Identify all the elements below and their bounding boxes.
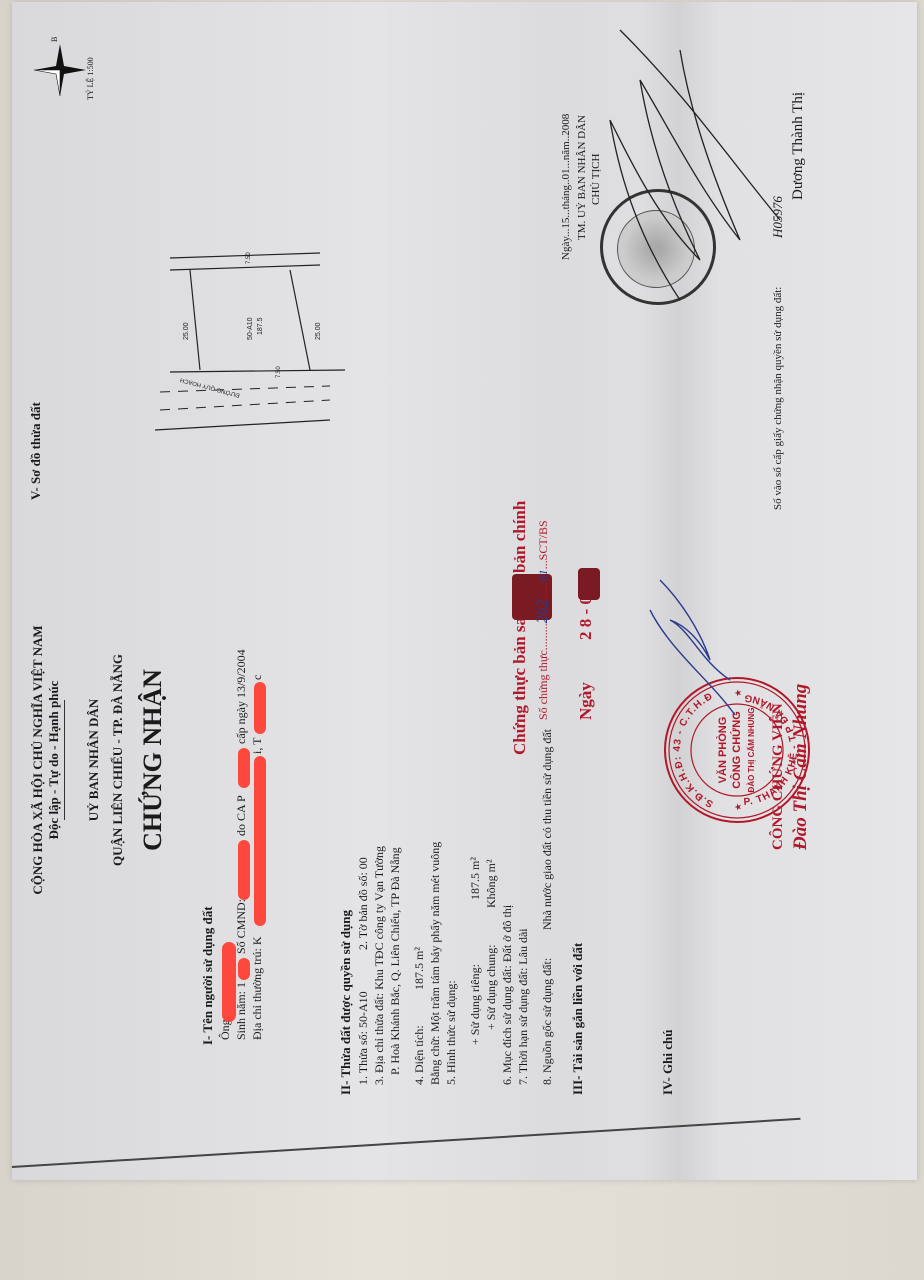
certification-suffix: bản chính: [510, 501, 529, 573]
land-use-purpose: 6. Mục đích sử dụng đất: Đất ở đô thị: [500, 905, 515, 1085]
certification-line: Chứng thực bản sabản chính: [510, 501, 530, 755]
section-5-heading: V- Sơ đồ thửa đất: [28, 402, 44, 500]
shared-use-value: Không m²: [484, 859, 499, 908]
area-value: 187.5 m²: [412, 947, 427, 990]
redacted-address: [254, 756, 266, 926]
certification-number-label: Số chứng thực: [536, 650, 550, 720]
svg-text:VĂN PHÒNG: VĂN PHÒNG: [716, 717, 729, 784]
parcel-address-line2: P. Hoà Khánh Bắc, Q. Liên Chiểu, TP Đà N…: [388, 847, 403, 1075]
use-form-label: 5. Hình thức sử dụng:: [444, 980, 459, 1085]
section-2-heading: II- Thửa đất được quyền sử dụng: [338, 910, 354, 1095]
redacted-birth-year: [238, 958, 250, 980]
document-title: CHỨNG NHẬN: [138, 560, 168, 960]
address-label: Địa chỉ thường trú: K: [250, 937, 265, 1041]
parcel-address-line1: 3. Địa chỉ thửa đất: Khu TĐC công ty Vạn…: [372, 846, 387, 1085]
authority-name: UỶ BAN NHÂN DÂN: [86, 560, 102, 960]
notary-name: Đào Thị Cẩm Nhung: [790, 684, 812, 850]
shared-use-label: + Sử dụng chung:: [484, 944, 499, 1030]
svg-text:50-A10: 50-A10: [247, 317, 254, 340]
land-origin-value: Nhà nước giao đất có thu tiền sử dụng đấ…: [540, 729, 555, 930]
registry-label: Số vào sổ cấp giấy chứng nhận quyền sử d…: [772, 287, 784, 510]
svg-text:25.00: 25.00: [315, 322, 322, 340]
motto-underline: [64, 700, 65, 820]
redacted-address-end: [254, 682, 266, 734]
rotated-document: CỘNG HÒA XÃ HỘI CHỦ NGHĨA VIỆT NAM Độc l…: [0, 0, 924, 1280]
district-name: QUẬN LIÊN CHIỂU - TP. ĐÀ NẴNG: [110, 560, 126, 960]
id-number-label: Số CMND:: [234, 899, 249, 954]
parcel-plan-diagram: 50-A10 187.5 25.00 25.00 ĐƯỜNG QUY HOẠCH…: [130, 190, 400, 490]
section-3-heading: III- Tài sản gắn liền với đất: [570, 943, 586, 1095]
address-end: c: [250, 675, 265, 680]
north-arrow-icon: [30, 40, 90, 100]
parcel-number: 1. Thửa số: 50-A10: [356, 991, 371, 1085]
certification-book: SCT/BS: [536, 520, 550, 560]
svg-text:187.5: 187.5: [257, 317, 264, 335]
svg-text:7.50: 7.50: [276, 366, 282, 378]
chairman-signature: [600, 20, 800, 320]
address-tail: i, T: [250, 738, 265, 754]
svg-text:CÔNG CHỨNG: CÔNG CHỨNG: [730, 711, 743, 789]
map-sheet-number: 2. Tờ bản đồ số: 00: [356, 857, 371, 950]
section-1-heading: I- Tên người sử dụng đất: [200, 906, 216, 1045]
redacted-id-number: [238, 840, 250, 900]
notary-title: CÔNG CHỨNG VIÊN: [770, 703, 787, 850]
private-use-value: 187.5 m²: [468, 857, 483, 900]
svg-text:25.00: 25.00: [183, 322, 190, 340]
notary-signature: [640, 570, 750, 720]
certification-number-value: 262: [534, 599, 551, 623]
redacted-certification-date: [578, 568, 600, 600]
land-origin-label: 8. Nguồn gốc sử dụng đất:: [540, 958, 555, 1085]
certification-number-line: Số chứng thực.........262......01...SCT/…: [534, 520, 552, 720]
national-motto: Độc lập - Tự do - Hạnh phúc: [46, 560, 62, 960]
svg-text:ĐÀO THỊ CẨM NHUNG: ĐÀO THỊ CẨM NHUNG: [747, 708, 756, 793]
national-title: CỘNG HÒA XÃ HỘI CHỦ NGHĨA VIỆT NAM: [30, 560, 46, 960]
svg-text:ĐƯỜNG QUY HOẠCH: ĐƯỜNG QUY HOẠCH: [179, 376, 240, 399]
certification-date-value: 2 8 - 0: [576, 596, 596, 640]
certification-date-label: Ngày: [576, 682, 596, 720]
redacted-id-issuer: [238, 748, 250, 788]
svg-text:★: ★: [733, 803, 743, 811]
land-use-term: 7. Thời hạn sử dụng đất: Lâu dài: [516, 928, 531, 1085]
north-label: B: [50, 37, 59, 42]
svg-text:7.50: 7.50: [246, 252, 252, 264]
area-label: 4. Diện tích:: [412, 1025, 427, 1085]
certification-number-mid: 01: [536, 569, 550, 581]
certification-prefix: Chứng thực bản sa: [510, 617, 529, 755]
scale-label: TỶ LỆ 1:500: [86, 57, 95, 100]
area-words-label: Bằng chữ:: [428, 1036, 443, 1086]
section-4-heading: IV- Ghi chú: [660, 1030, 676, 1096]
issuing-organization: TM. UỶ BAN NHÂN DÂN: [576, 115, 588, 240]
id-issuer: do CA P: [234, 795, 249, 836]
area-words: Một trăm tám bảy phẩy năm mét vuông: [428, 842, 443, 1032]
birth-year-label: Sinh năm: 1: [234, 982, 249, 1040]
private-use-label: + Sử dụng riêng:: [468, 964, 483, 1045]
issue-date: Ngày...15...tháng..01...năm..2008: [560, 114, 572, 260]
registry-number: H05976: [770, 196, 786, 238]
id-issue-date: cấp ngày 13/9/2004: [234, 649, 249, 744]
chairman-name: Dương Thành Thị: [790, 92, 807, 200]
